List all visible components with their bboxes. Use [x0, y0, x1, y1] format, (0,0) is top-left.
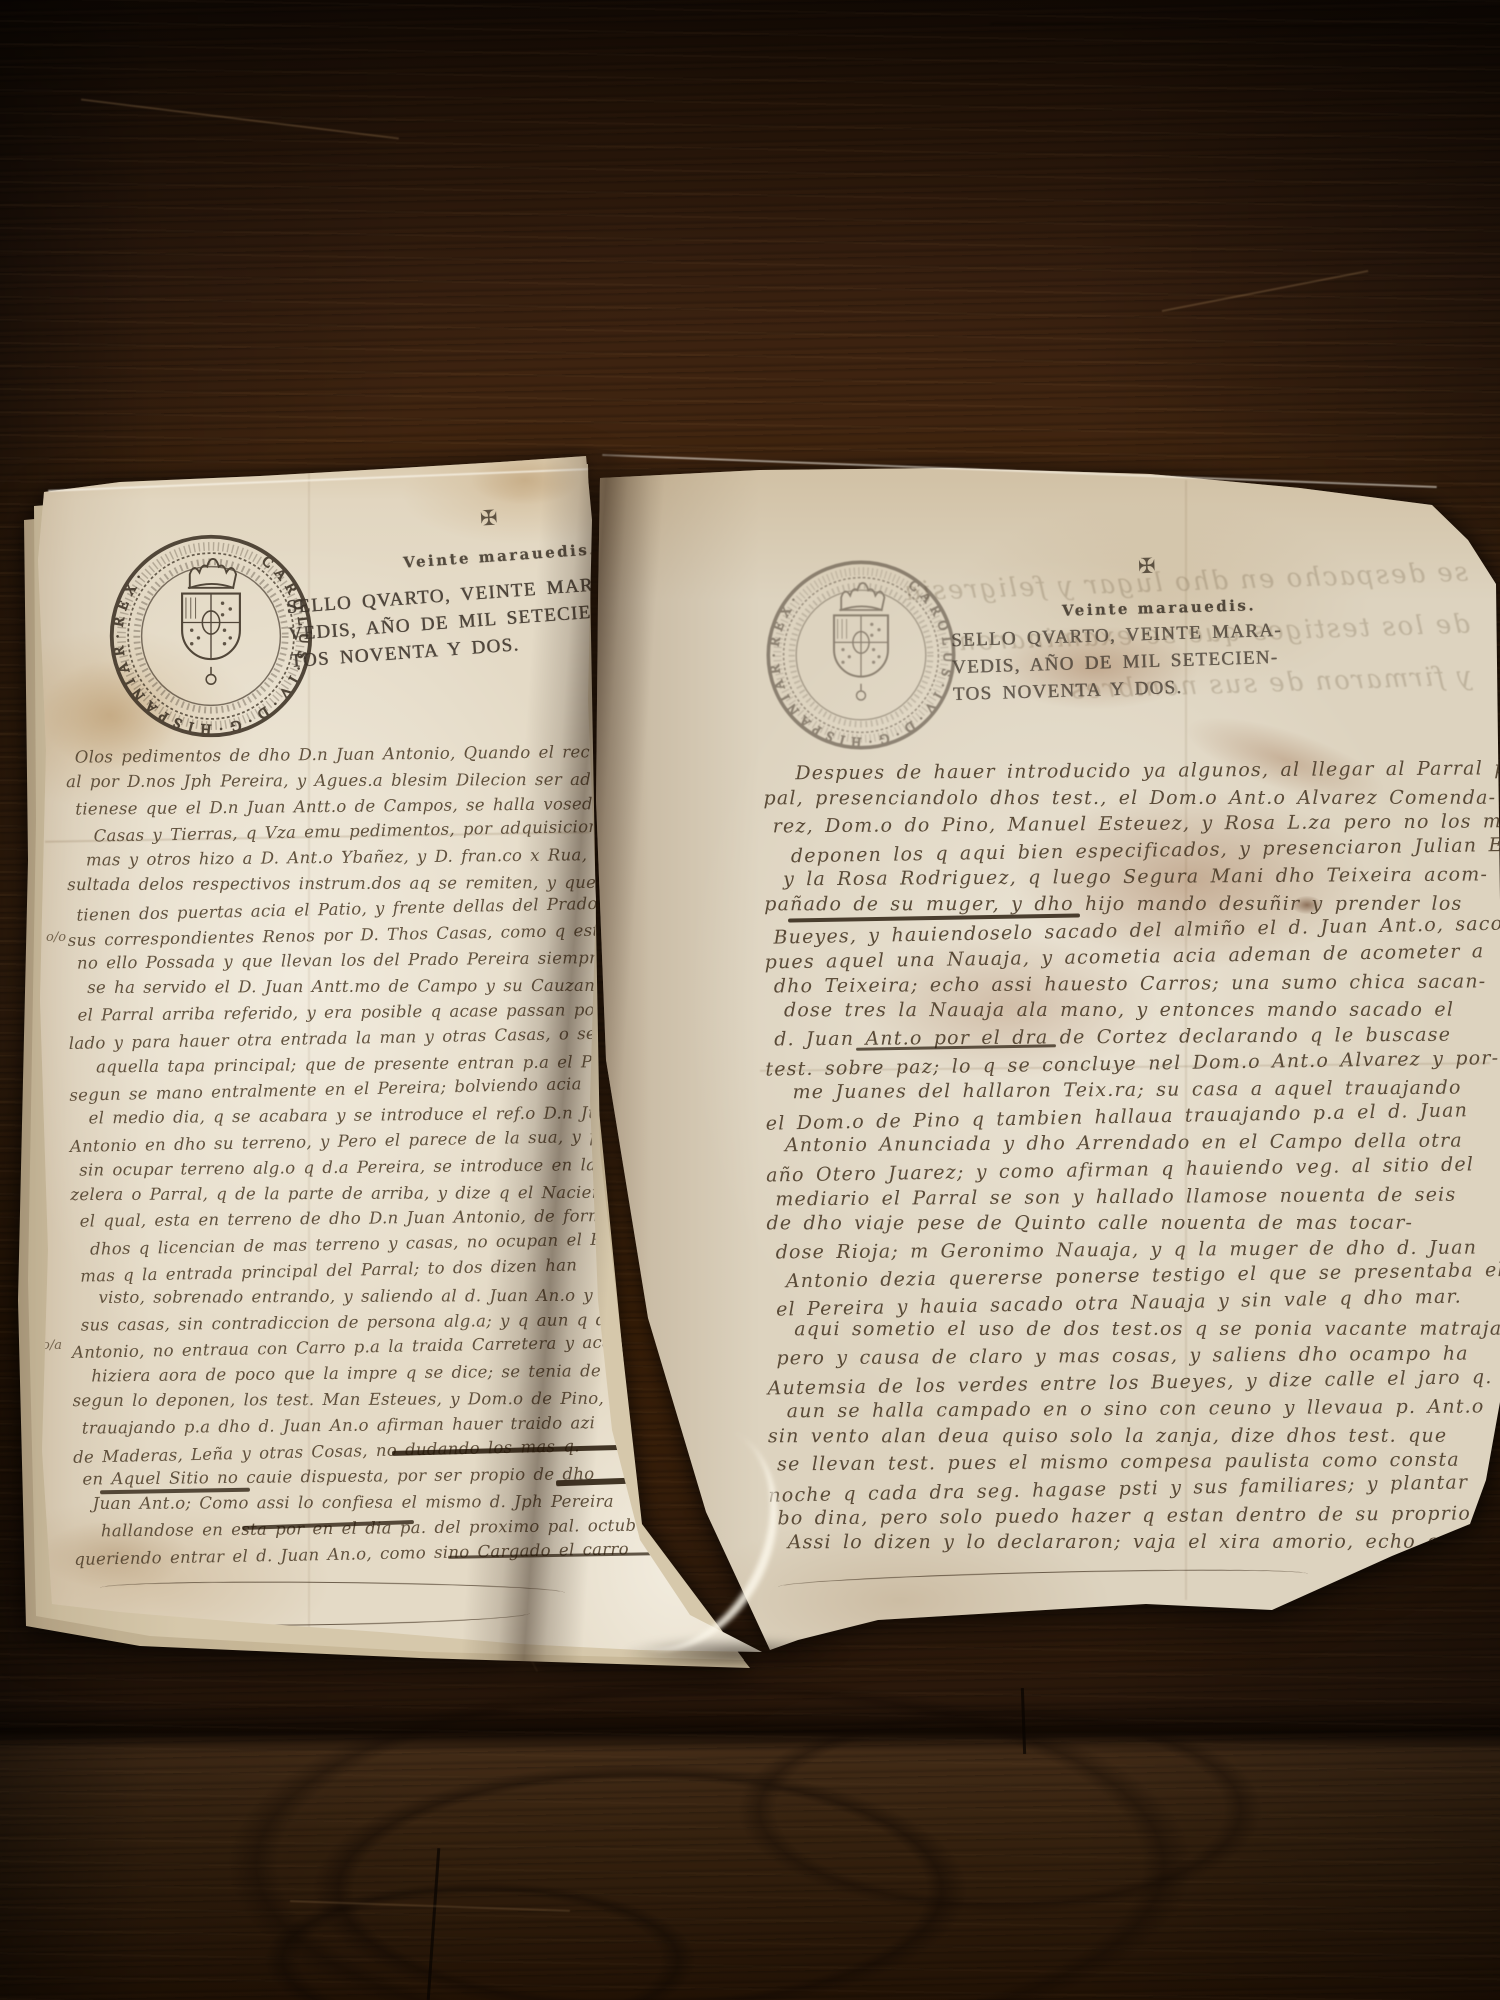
handwritten-line: pal, presenciandolo dhos test., el Dom.o… — [763, 784, 1463, 811]
handwritten-line: de dho viaje pese de Quinto calle nouent… — [766, 1210, 1466, 1237]
handwritten-line: Despues de hauer introducido ya algunos,… — [795, 756, 1463, 787]
handwritten-line: segun lo deponen, los test. Man Esteues,… — [73, 1386, 588, 1414]
fold-contact-shadow — [620, 1636, 850, 1672]
sello-header: SELLO QVARTO, VEINTE MARA-VEDIS, AÑO DE … — [951, 617, 1284, 708]
handwritten-line: Olos pedimentos de dho D.n Juan Antonio,… — [75, 739, 581, 770]
margin-mark: o/o — [46, 930, 66, 945]
closing-flourish — [100, 1580, 565, 1602]
handwritten-body: Olos pedimentos de dho D.n Juan Antonio,… — [66, 739, 590, 1570]
maltese-cross-mark: ✠ — [1138, 554, 1156, 580]
handwritten-line: Assi lo dizen y lo declararon; vaja el x… — [788, 1529, 1469, 1556]
sello-header: SELLO QVARTO, VEINTE MARA-VEDIS, AÑO DE … — [285, 570, 621, 675]
handwritten-line: se ha servido el D. Juan Antt.mo de Camp… — [87, 973, 583, 1001]
handwritten-line: aqui sometio el uso de dos test.os q se … — [794, 1316, 1467, 1343]
handwritten-body: Despues de hauer introducido ya algunos,… — [763, 756, 1469, 1559]
handwritten-line: zelera o Parral, q de la parte de arriba… — [70, 1179, 585, 1207]
handwritten-line: dose tres la Nauaja ala mano, y entonces… — [784, 997, 1465, 1024]
handwritten-line: sin vento alan deua quiso solo la zanja,… — [768, 1423, 1468, 1450]
royal-seal-stamp: CAROLUS·IV·D·G·HISPANIAR·REX· — [762, 556, 960, 754]
royal-seal-stamp: CAROLUS·IV·D·G·HISPANIAR·REX· — [105, 530, 317, 742]
handwritten-line: al por D.nos Jph Pereira, y Agues.a bles… — [66, 767, 581, 795]
handwritten-line: visto, sobrenado entrando, y saliendo al… — [98, 1283, 586, 1311]
handwritten-line: Juan Ant.o; Como assi lo confiesa el mis… — [93, 1489, 589, 1517]
photograph-canvas: se despacho en dho lugar y feligresiade … — [0, 0, 1500, 2000]
tax-stamp-line: Veinte marauedis. — [403, 540, 598, 571]
closing-rule — [778, 1566, 1308, 1596]
maltese-cross-mark: ✠ — [479, 506, 498, 532]
age-stain — [470, 455, 580, 505]
manuscript-stack: se despacho en dho lugar y feligresiade … — [0, 0, 1500, 2000]
